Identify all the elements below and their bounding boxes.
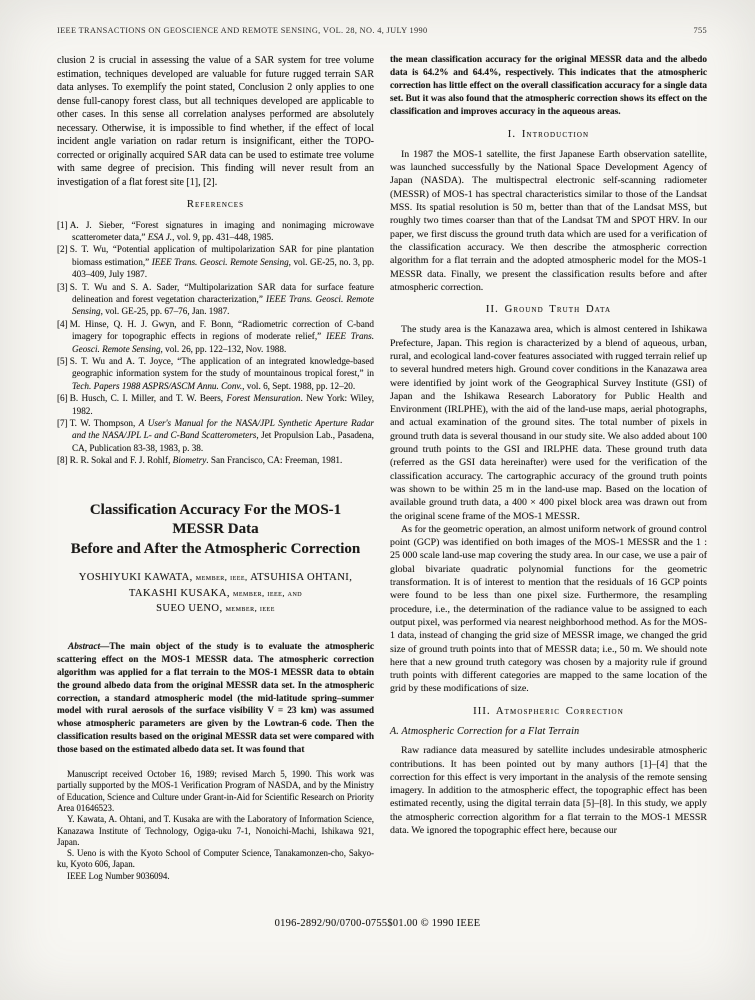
author-line: SUEO UENO, member, ieee <box>57 601 374 617</box>
reference-item: [5]S. T. Wu and A. T. Joyce, “The applic… <box>57 355 374 392</box>
ieee-log-number-note: IEEE Log Number 9036094. <box>57 871 374 882</box>
page-number: 755 <box>694 26 708 35</box>
article-title-line1: Classification Accuracy For the MOS-1 ME… <box>90 502 341 538</box>
references-list: [1]A. J. Sieber, “Forest signatures in i… <box>57 219 374 467</box>
reference-source: IEEE Trans. Geosci. Remote Sensing <box>152 257 289 267</box>
reference-item: [6]B. Husch, C. I. Miller, and T. W. Bee… <box>57 392 374 417</box>
author-line: TAKASHI KUSAKA, member, ieee, and <box>57 586 374 602</box>
author-line: YOSHIYUKI KAWATA, member, ieee, ATSUHISA… <box>57 570 374 586</box>
reference-tail: . San Francisco, CA: Freeman, 1981. <box>206 455 342 465</box>
abstract-text: The main object of the study is to evalu… <box>57 642 374 755</box>
author-block: YOSHIYUKI KAWATA, member, ieee, ATSUHISA… <box>57 570 374 617</box>
left-column: clusion 2 is crucial in assessing the va… <box>57 54 374 882</box>
author-membership: member, ieee, <box>196 572 248 582</box>
reference-source: Biometry <box>173 455 207 465</box>
ground-truth-paragraph-1: The study area is the Kanazawa area, whi… <box>390 323 707 522</box>
reference-text: R. R. Sokal and F. J. Rohlf, <box>70 455 173 465</box>
author-name: ATSUHISA OHTANI, <box>250 572 352 583</box>
references-heading: References <box>57 198 374 212</box>
reference-number: [5] <box>57 356 70 366</box>
author-name: SUEO UENO, <box>156 603 222 614</box>
subsection-heading-flat-terrain: A. Atmospheric Correction for a Flat Ter… <box>390 725 707 738</box>
reference-item: [4]M. Hinse, Q. H. J. Gwyn, and F. Bonn,… <box>57 318 374 355</box>
reference-item: [8]R. R. Sokal and F. J. Rohlf, Biometry… <box>57 454 374 466</box>
author-membership: member, ieee, and <box>233 588 302 598</box>
reference-tail: , vol. 9, pp. 431–448, 1985. <box>172 232 273 242</box>
article-title: Classification Accuracy For the MOS-1 ME… <box>63 501 368 560</box>
reference-tail: , vol. GE-25, pp. 67–76, Jan. 1987. <box>101 306 230 316</box>
reference-text: S. T. Wu and A. T. Joyce, “The applicati… <box>70 356 374 378</box>
copyright-line: 0196-2892/90/0700-0755$01.00 © 1990 IEEE <box>0 918 755 929</box>
manuscript-received-note: Manuscript received October 16, 1989; re… <box>57 769 374 814</box>
reference-item: [7]T. W. Thompson, A User's Manual for t… <box>57 417 374 454</box>
reference-item: [1]A. J. Sieber, “Forest signatures in i… <box>57 219 374 244</box>
reference-text: B. Husch, C. I. Miller, and T. W. Beers, <box>70 393 227 403</box>
author-name: TAKASHI KUSAKA, <box>129 588 230 599</box>
reference-number: [2] <box>57 244 70 254</box>
abstract-continuation: the mean classification accuracy for the… <box>390 54 707 119</box>
journal-title: IEEE TRANSACTIONS ON GEOSCIENCE AND REMO… <box>57 26 428 35</box>
section-heading-atmospheric-correction: III. Atmospheric Correction <box>390 705 707 718</box>
reference-number: [8] <box>57 455 70 465</box>
reference-tail: , vol. 26, pp. 122–132, Nov. 1988. <box>161 344 287 354</box>
author-affiliation-note-1: Y. Kawata, A. Ohtani, and T. Kusaka are … <box>57 814 374 848</box>
reference-number: [4] <box>57 319 70 329</box>
section-heading-introduction: I. Introduction <box>390 128 707 141</box>
conclusion-continuation-paragraph: clusion 2 is crucial in assessing the va… <box>57 54 374 189</box>
reference-number: [1] <box>57 220 70 230</box>
article-title-line2: Before and After the Atmospheric Correct… <box>71 541 361 557</box>
two-column-body: clusion 2 is crucial in assessing the va… <box>57 54 707 882</box>
reference-source: Tech. Papers 1988 ASPRS/ASCM Annu. Conv. <box>72 381 242 391</box>
atmospheric-correction-paragraph: Raw radiance data measured by satellite … <box>390 744 707 837</box>
reference-number: [6] <box>57 393 70 403</box>
footnote-block: Manuscript received October 16, 1989; re… <box>57 769 374 882</box>
reference-item: [3]S. T. Wu and S. A. Sader, “Multipolar… <box>57 281 374 318</box>
introduction-paragraph: In 1987 the MOS-1 satellite, the first J… <box>390 148 707 294</box>
reference-text: T. W. Thompson, <box>70 418 139 428</box>
reference-number: [3] <box>57 282 70 292</box>
scanned-paper-page: IEEE TRANSACTIONS ON GEOSCIENCE AND REMO… <box>0 0 755 1000</box>
ground-truth-paragraph-2: As for the geometric operation, an almos… <box>390 523 707 696</box>
abstract-label: Abstract— <box>68 642 109 652</box>
author-affiliation-note-2: S. Ueno is with the Kyoto School of Comp… <box>57 848 374 871</box>
abstract-paragraph: Abstract—The main object of the study is… <box>57 641 374 757</box>
reference-number: [7] <box>57 418 70 428</box>
author-name: YOSHIYUKI KAWATA, <box>79 572 193 583</box>
section-heading-ground-truth-data: II. Ground Truth Data <box>390 303 707 316</box>
reference-source: Forest Mensuration <box>226 393 300 403</box>
author-membership: member, ieee <box>226 603 275 613</box>
reference-source: ESA J. <box>148 232 172 242</box>
right-column: the mean classification accuracy for the… <box>390 54 707 882</box>
running-header: IEEE TRANSACTIONS ON GEOSCIENCE AND REMO… <box>57 26 707 35</box>
reference-tail: , vol. 6, Sept. 1988, pp. 12–20. <box>242 381 355 391</box>
reference-item: [2]S. T. Wu, “Potential application of m… <box>57 243 374 280</box>
